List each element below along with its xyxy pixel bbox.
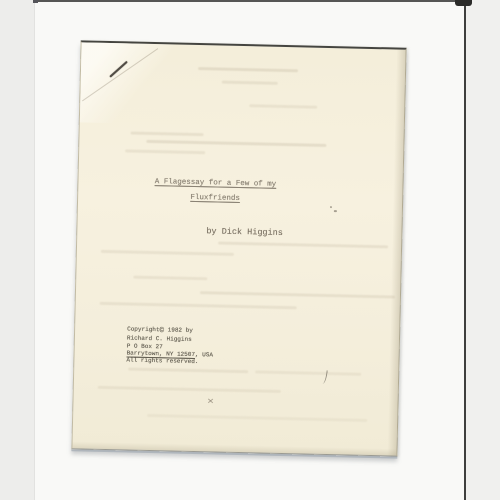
ink-speck	[334, 210, 337, 212]
copyright-block: Copyright© 1982 by Richard C. Higgins P …	[126, 325, 213, 365]
bleed-through-line	[146, 140, 326, 147]
bleed-through-line	[125, 149, 205, 154]
byline: by Dick Higgins	[206, 226, 283, 238]
scanner-edge-right	[466, 0, 500, 500]
bleed-through-line	[218, 242, 388, 249]
bleed-through-line	[131, 132, 204, 137]
document-title: A Flagessay for a Few of my Fluxfriends	[138, 175, 293, 208]
copyright-year: 1982 by	[168, 326, 193, 334]
copyright-country: , USA	[195, 351, 213, 358]
bleed-through-line	[200, 291, 395, 298]
ink-speck	[330, 206, 332, 208]
scan-edge-line-right	[464, 0, 466, 500]
bleed-through-line	[101, 250, 234, 256]
bleed-through-line	[249, 104, 317, 109]
bleed-through-line	[255, 370, 361, 375]
scan-corner-shadow	[455, 0, 472, 6]
title-line-2-text: Fluxfriends	[190, 194, 240, 203]
copyright-symbol: ©	[159, 327, 164, 335]
bleed-through-line	[100, 302, 297, 309]
bleed-through-line	[147, 414, 367, 422]
paper-corner-highlight	[80, 42, 174, 124]
scan-edge-line-top	[34, 0, 467, 2]
title-line-1-text: A Flagessay for a Few of my	[155, 178, 277, 189]
bleed-through-line	[98, 386, 281, 393]
scanner-edge-left	[0, 0, 35, 500]
bleed-through-line	[198, 67, 298, 72]
paper-sheet: A Flagessay for a Few of my Fluxfriends …	[71, 40, 406, 456]
scan-speck	[33, 0, 38, 3]
bleed-through-line	[222, 81, 278, 85]
bleed-through-line	[133, 276, 207, 281]
pen-mark	[321, 370, 327, 384]
bleed-through-line	[128, 368, 248, 374]
smudge-mark	[207, 397, 213, 403]
copyright-word: Copyright	[127, 325, 160, 333]
